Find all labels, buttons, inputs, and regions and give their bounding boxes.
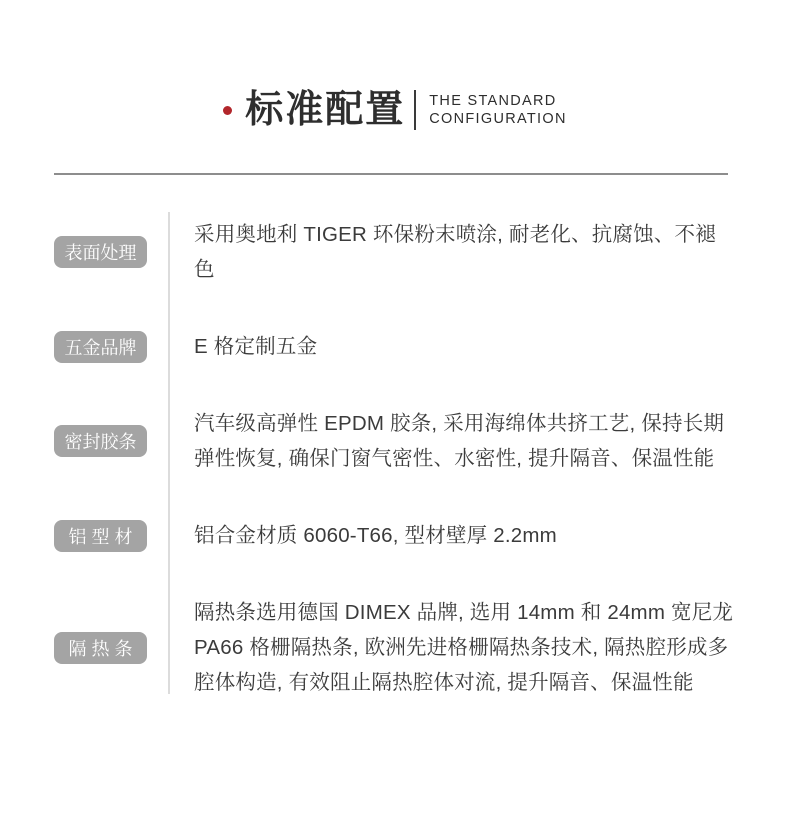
spec-description: 汽车级高弹性 EPDM 胶条, 采用海绵体共挤工艺, 保持长期 弹性恢复, 确保… bbox=[194, 406, 736, 476]
header: 标准配置 THE STANDARD CONFIGURATION bbox=[0, 0, 790, 132]
spec-label-badge: 密封胶条 bbox=[54, 425, 147, 457]
spec-list: 表面处理 采用奥地利 TIGER 环保粉末喷涂, 耐老化、抗腐蚀、不褪色 五金品… bbox=[54, 175, 736, 700]
spec-label-column: 隔 热 条 bbox=[54, 632, 194, 664]
spec-row-hardware-brand: 五金品牌 E 格定制五金 bbox=[54, 329, 736, 364]
spec-label-badge: 五金品牌 bbox=[54, 331, 147, 363]
spec-description: E 格定制五金 bbox=[194, 329, 736, 364]
spec-row-thermal-break-strip: 隔 热 条 隔热条选用德国 DIMEX 品牌, 选用 14mm 和 24mm 宽… bbox=[54, 595, 736, 700]
spec-label-badge: 隔 热 条 bbox=[54, 632, 147, 664]
spec-description: 采用奥地利 TIGER 环保粉末喷涂, 耐老化、抗腐蚀、不褪色 bbox=[194, 217, 736, 287]
spec-label-badge: 表面处理 bbox=[54, 236, 147, 268]
spec-description: 铝合金材质 6060-T66, 型材壁厚 2.2mm bbox=[194, 518, 736, 553]
spec-label-column: 表面处理 bbox=[54, 236, 194, 268]
page-subtitle-line1: THE STANDARD bbox=[429, 92, 566, 110]
spec-row-surface-treatment: 表面处理 采用奥地利 TIGER 环保粉末喷涂, 耐老化、抗腐蚀、不褪色 bbox=[54, 217, 736, 287]
spec-label-column: 铝 型 材 bbox=[54, 520, 194, 552]
title-divider-bar bbox=[414, 90, 416, 130]
spec-label-badge: 铝 型 材 bbox=[54, 520, 147, 552]
spec-label-column: 五金品牌 bbox=[54, 331, 194, 363]
red-bullet-dot-icon bbox=[223, 106, 232, 115]
spec-row-aluminum-profile: 铝 型 材 铝合金材质 6060-T66, 型材壁厚 2.2mm bbox=[54, 518, 736, 553]
spec-row-sealing-strip: 密封胶条 汽车级高弹性 EPDM 胶条, 采用海绵体共挤工艺, 保持长期 弹性恢… bbox=[54, 406, 736, 476]
page-subtitle-line2: CONFIGURATION bbox=[429, 110, 566, 128]
vertical-separator-line bbox=[168, 212, 170, 694]
page-title: 标准配置 bbox=[245, 88, 405, 132]
spec-label-column: 密封胶条 bbox=[54, 425, 194, 457]
page-subtitle: THE STANDARD CONFIGURATION bbox=[429, 92, 566, 128]
spec-description: 隔热条选用德国 DIMEX 品牌, 选用 14mm 和 24mm 宽尼龙 PA6… bbox=[194, 595, 736, 700]
